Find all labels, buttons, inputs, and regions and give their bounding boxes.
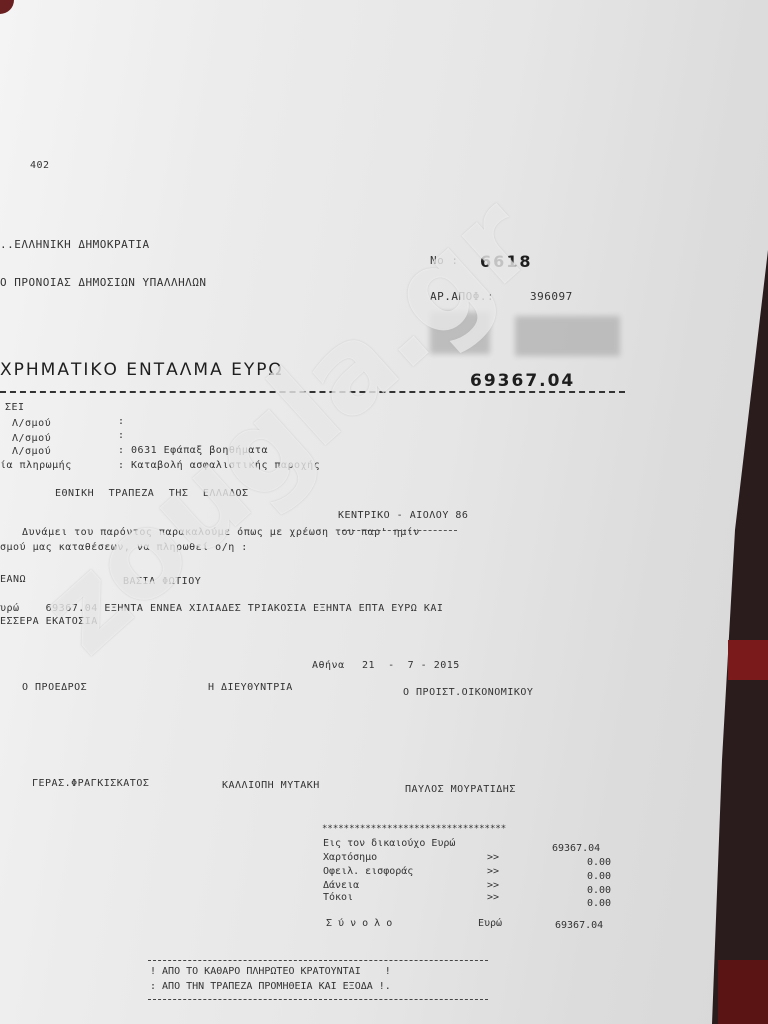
redacted-block-1 bbox=[430, 312, 490, 354]
summary-value-0: 69367.04 bbox=[552, 843, 600, 854]
notice-line-1: ! ΑΠΟ ΤΟ ΚΑΘΑΡΟ ΠΛΗΡΩΤΕΟ ΚΡΑΤΟΥΝΤΑΙ ! bbox=[150, 966, 391, 977]
bank-name: ΕΘΝΙΚΗ ΤΡΑΠΕΖΑ ΤΗΣ ΕΛΛΑΔΟΣ bbox=[55, 488, 249, 499]
summary-stars: ********************************** bbox=[322, 824, 506, 834]
total-currency: Ευρώ bbox=[478, 918, 502, 929]
bank-branch: ΚΕΝΤΡΙΚΟ - ΑΙΟΛΟΥ 86 bbox=[338, 510, 468, 521]
background-corner bbox=[0, 0, 14, 14]
summary-label-0: Εις τον δικαιούχο Ευρώ bbox=[323, 838, 455, 849]
redacted-block-2 bbox=[515, 316, 620, 356]
role-director: Η ΔΙΕΥΘΥΝΤΡΙΑ bbox=[208, 682, 293, 693]
summary-mark-3: >> bbox=[487, 880, 499, 891]
field-label-0: ΣΕΙ bbox=[5, 402, 25, 413]
summary-label-4: Τόκοι bbox=[323, 892, 353, 903]
field-label-3: Λ/σμού bbox=[12, 446, 51, 457]
summary-label-1: Χαρτόσημο bbox=[323, 852, 377, 863]
role-finance-head: Ο ΠΡΟΙΣΤ.ΟΙΚΟΝΟΜΙΚΟΥ bbox=[403, 687, 533, 698]
total-label: Σ ύ ν ο λ ο bbox=[326, 918, 392, 929]
summary-value-3: 0.00 bbox=[587, 885, 611, 896]
summary-mark-4: >> bbox=[487, 892, 499, 903]
amount-words-line-1: υρώ 69367.04 ΕΞΗΝΤΑ ΕΝΝΕΑ ΧΙΛΙΑΔΕΣ ΤΡΙΑΚ… bbox=[0, 603, 443, 614]
number-label: No : bbox=[430, 254, 459, 267]
summary-label-3: Δάνεια bbox=[323, 880, 359, 891]
background-object bbox=[728, 640, 768, 680]
summary-value-1: 0.00 bbox=[587, 857, 611, 868]
summary-value-2: 0.00 bbox=[587, 871, 611, 882]
payee-label: ΕΑΝΩ bbox=[0, 574, 26, 585]
header-fund: Ο ΠΡΟΝΟΙΑΣ ΔΗΜΟΣΙΩΝ ΥΠΑΛΛΗΛΩΝ bbox=[0, 276, 207, 289]
place: Αθήνα bbox=[312, 660, 345, 671]
amount-words-line-2: ΕΣΣΕΡΑ ΕΚΑΤΟΣΙΑ bbox=[0, 616, 98, 627]
instruction-line-1: Δυνάμει του παρόντος παρακαλούμε όπως με… bbox=[22, 527, 420, 538]
field-value-3: : 0631 Εφάπαξ βοηθήματα bbox=[118, 445, 268, 456]
title-divider bbox=[0, 391, 625, 393]
summary-value-4: 0.00 bbox=[587, 898, 611, 909]
instruction-line-2: σμού μας καταθέσεων, να πληρωθεί ο/η : bbox=[0, 542, 248, 553]
field-label-1: Λ/σμού bbox=[12, 418, 51, 429]
field-value-2: : bbox=[118, 430, 125, 441]
field-label-4: ία πληρωμής bbox=[0, 460, 72, 471]
background-object bbox=[718, 960, 768, 1024]
number-value: 6618 bbox=[480, 252, 533, 271]
total-value: 69367.04 bbox=[555, 920, 603, 931]
name-president: ΓΕΡΑΣ.ΦΡΑΓΚΙΣΚΑΤΟΣ bbox=[32, 778, 149, 789]
date: 21 - 7 - 2015 bbox=[362, 660, 460, 671]
field-value-4: : Καταβολή ασφαλιστικής παροχής bbox=[118, 460, 320, 471]
name-finance-head: ΠΑΥΛΟΣ ΜΟΥΡΑΤΙΔΗΣ bbox=[405, 784, 516, 795]
summary-label-2: Οφειλ. εισφοράς bbox=[323, 866, 413, 877]
title-amount: 69367.04 bbox=[470, 371, 575, 391]
header-republic: ..ΕΛΛΗΝΙΚΗ ΔΗΜΟΚΡΑΤΙΑ bbox=[0, 238, 150, 251]
document-title: ΧΡΗΜΑΤΙΚΟ ΕΝΤΑΛΜΑ ΕΥΡΩ bbox=[0, 360, 283, 380]
decision-label: ΑΡ.ΑΠΟΦ.: bbox=[430, 290, 494, 303]
summary-mark-1: >> bbox=[487, 852, 499, 863]
name-director: ΚΑΛΛΙΟΠΗ ΜΥΤΑΚΗ bbox=[222, 780, 320, 791]
notice-line-2: : ΑΠΟ ΤΗΝ ΤΡΑΠΕΖΑ ΠΡΟΜΗΘΕΙΑ ΚΑΙ ΕΞΟΔΑ !. bbox=[150, 981, 391, 992]
summary-mark-2: >> bbox=[487, 866, 499, 877]
field-value-1: : bbox=[118, 416, 125, 427]
field-label-2: Λ/σμού bbox=[12, 433, 51, 444]
role-president: Ο ΠΡΟΕΔΡΟΣ bbox=[22, 682, 87, 693]
document-sheet: 402 ..ΕΛΛΗΝΙΚΗ ΔΗΜΟΚΡΑΤΙΑ Ο ΠΡΟΝΟΙΑΣ ΔΗΜ… bbox=[0, 0, 768, 1024]
payee-name: ΒΑΣΙΛ ΦΩΤΙΟΥ bbox=[123, 576, 201, 587]
decision-value: 396097 bbox=[530, 290, 573, 303]
page-number: 402 bbox=[30, 160, 50, 171]
